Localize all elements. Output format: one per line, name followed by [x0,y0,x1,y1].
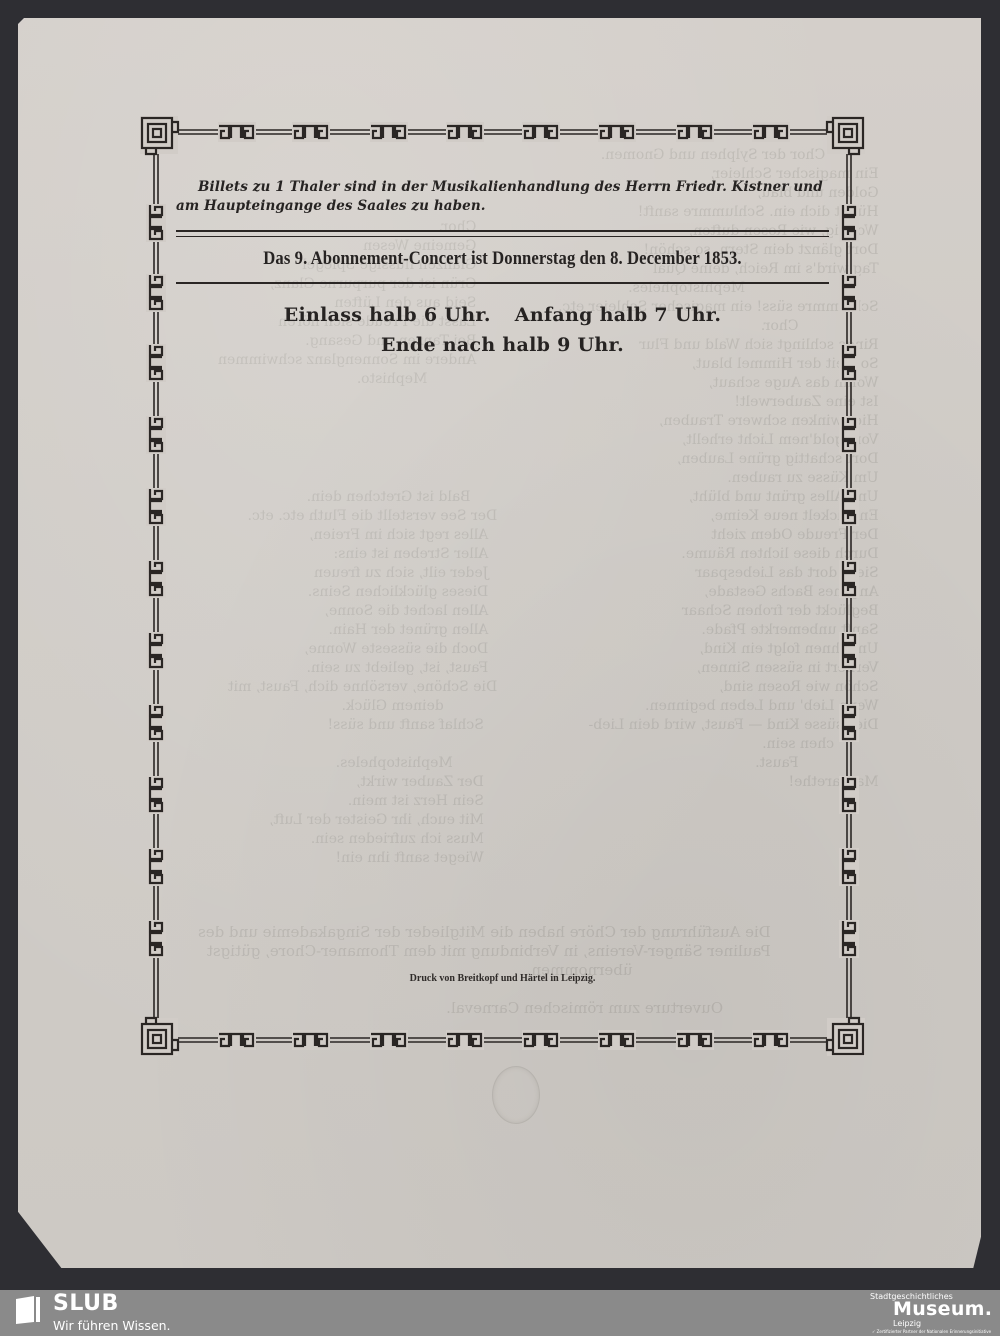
start-time: Anfang halb 7 Uhr. [515,304,722,326]
slub-tagline: Wir führen Wissen. [53,1318,171,1333]
museum-logo-city: Leipzig [893,1319,921,1328]
footer-bar: SLUB Wir führen Wissen. Stadtgeschichtli… [0,1290,1000,1336]
admission-time: Einlass halb 6 Uhr. [284,304,491,326]
museum-certification: ✓ Zertifizierter Partner der Nationalen … [872,1329,991,1334]
document-viewer: Chor der Sylphen und Gnomen. Ein magisch… [0,0,1000,1290]
double-rule-divider [176,230,829,237]
embossed-stamp [492,1066,540,1124]
ticket-info: Billets zu 1 Thaler sind in der Musikali… [176,178,829,216]
program-content: Billets zu 1 Thaler sind in der Musikali… [176,178,829,360]
printer-imprint: Druck von Breitkopf und Härtel in Leipzi… [176,973,829,984]
schedule-times: Einlass halb 6 Uhr.Anfang halb 7 Uhr. En… [176,300,829,360]
rule-divider [176,282,829,284]
slub-logo-name: SLUB [53,1291,119,1316]
concert-announcement: Das 9. Abonnement-Concert ist Donnerstag… [209,249,797,270]
museum-logo-name: Museum. [893,1298,992,1320]
book-icon [14,1295,42,1325]
end-time: Ende nach halb 9 Uhr. [176,330,829,360]
